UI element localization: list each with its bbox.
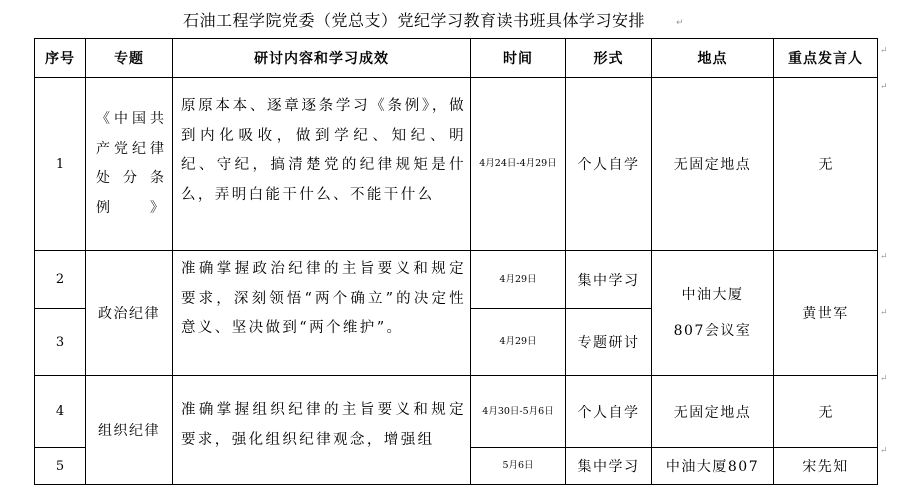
header-location: 地点 bbox=[652, 39, 774, 78]
row-end-mark-icon: ↵ bbox=[880, 446, 888, 456]
row-time: 4月29日 bbox=[471, 251, 566, 309]
document-title-text: 石油工程学院党委（党总支）党纪学习教育读书班具体学习安排 bbox=[183, 11, 645, 30]
row-location: 中油大厦807 bbox=[652, 448, 774, 485]
row-number: 1 bbox=[35, 78, 86, 251]
table-row: 2 政治纪律 准确掌握政治纪律的主旨要义和规定要求，深刻领悟“两个确立”的决定性… bbox=[35, 251, 878, 309]
row-time: 4月30日-5月6日 bbox=[471, 376, 566, 448]
header-form: 形式 bbox=[566, 39, 652, 78]
row-form: 集中学习 bbox=[566, 251, 652, 309]
schedule-table: 序号 专题 研讨内容和学习成效 时间 形式 地点 重点发言人 1 《中国共产党纪… bbox=[34, 38, 878, 485]
row-content: 原原本本、逐章逐条学习《条例》，做到内化吸收，做到学纪、知纪、明纪、守纪，搞清楚… bbox=[173, 78, 471, 251]
row-form: 专题研讨 bbox=[566, 309, 652, 376]
row-content: 准确掌握政治纪律的主旨要义和规定要求，深刻领悟“两个确立”的决定性意义、坚决做到… bbox=[173, 251, 471, 376]
row-number: 5 bbox=[35, 448, 86, 485]
row-number: 4 bbox=[35, 376, 86, 448]
row-end-mark-icon: ↵ bbox=[880, 308, 888, 318]
row-speaker: 无 bbox=[774, 376, 878, 448]
row-number: 2 bbox=[35, 251, 86, 309]
table-row: 4 组织纪律 准确掌握组织纪律的主旨要义和规定要求，强化组织纪律观念，增强组 4… bbox=[35, 376, 878, 448]
row-form: 个人自学 bbox=[566, 376, 652, 448]
row-topic: 《中国共产党纪律处分条例》 bbox=[86, 78, 173, 251]
header-time: 时间 bbox=[471, 39, 566, 78]
row-end-mark-icon: ↵ bbox=[880, 374, 888, 384]
header-topic: 专题 bbox=[86, 39, 173, 78]
row-location-text: 中油大厦807会议室 bbox=[652, 277, 773, 349]
row-time: 4月29日 bbox=[471, 309, 566, 376]
row-speaker: 无 bbox=[774, 78, 878, 251]
row-number: 3 bbox=[35, 309, 86, 376]
row-topic: 组织纪律 bbox=[86, 376, 173, 485]
row-time: 4月24日-4月29日 bbox=[471, 78, 566, 251]
paragraph-mark-icon: ↵ bbox=[676, 18, 684, 28]
row-end-mark-icon: ↵ bbox=[880, 46, 888, 56]
document-title: 石油工程学院党委（党总支）党纪学习教育读书班具体学习安排↵ bbox=[0, 8, 897, 31]
row-time-text: 4月24日-4月29日 bbox=[471, 154, 565, 174]
row-location: 无固定地点 bbox=[652, 376, 774, 448]
row-topic: 政治纪律 bbox=[86, 251, 173, 376]
row-content: 准确掌握组织纪律的主旨要义和规定要求，强化组织纪律观念，增强组 bbox=[173, 376, 471, 485]
table-header-row: 序号 专题 研讨内容和学习成效 时间 形式 地点 重点发言人 bbox=[35, 39, 878, 78]
row-location: 中油大厦807会议室 bbox=[652, 251, 774, 376]
table-row: 1 《中国共产党纪律处分条例》 原原本本、逐章逐条学习《条例》，做到内化吸收，做… bbox=[35, 78, 878, 251]
row-time-text: 4月30日-5月6日 bbox=[471, 402, 565, 422]
header-speaker: 重点发言人 bbox=[774, 39, 878, 78]
header-content: 研讨内容和学习成效 bbox=[173, 39, 471, 78]
header-no: 序号 bbox=[35, 39, 86, 78]
row-time: 5月6日 bbox=[471, 448, 566, 485]
row-form: 个人自学 bbox=[566, 78, 652, 251]
row-end-mark-icon: ↵ bbox=[880, 82, 888, 92]
row-location: 无固定地点 bbox=[652, 78, 774, 251]
row-speaker: 黄世军 bbox=[774, 251, 878, 376]
row-end-mark-icon: ↵ bbox=[880, 252, 888, 262]
row-speaker: 宋先知 bbox=[774, 448, 878, 485]
row-form: 集中学习 bbox=[566, 448, 652, 485]
